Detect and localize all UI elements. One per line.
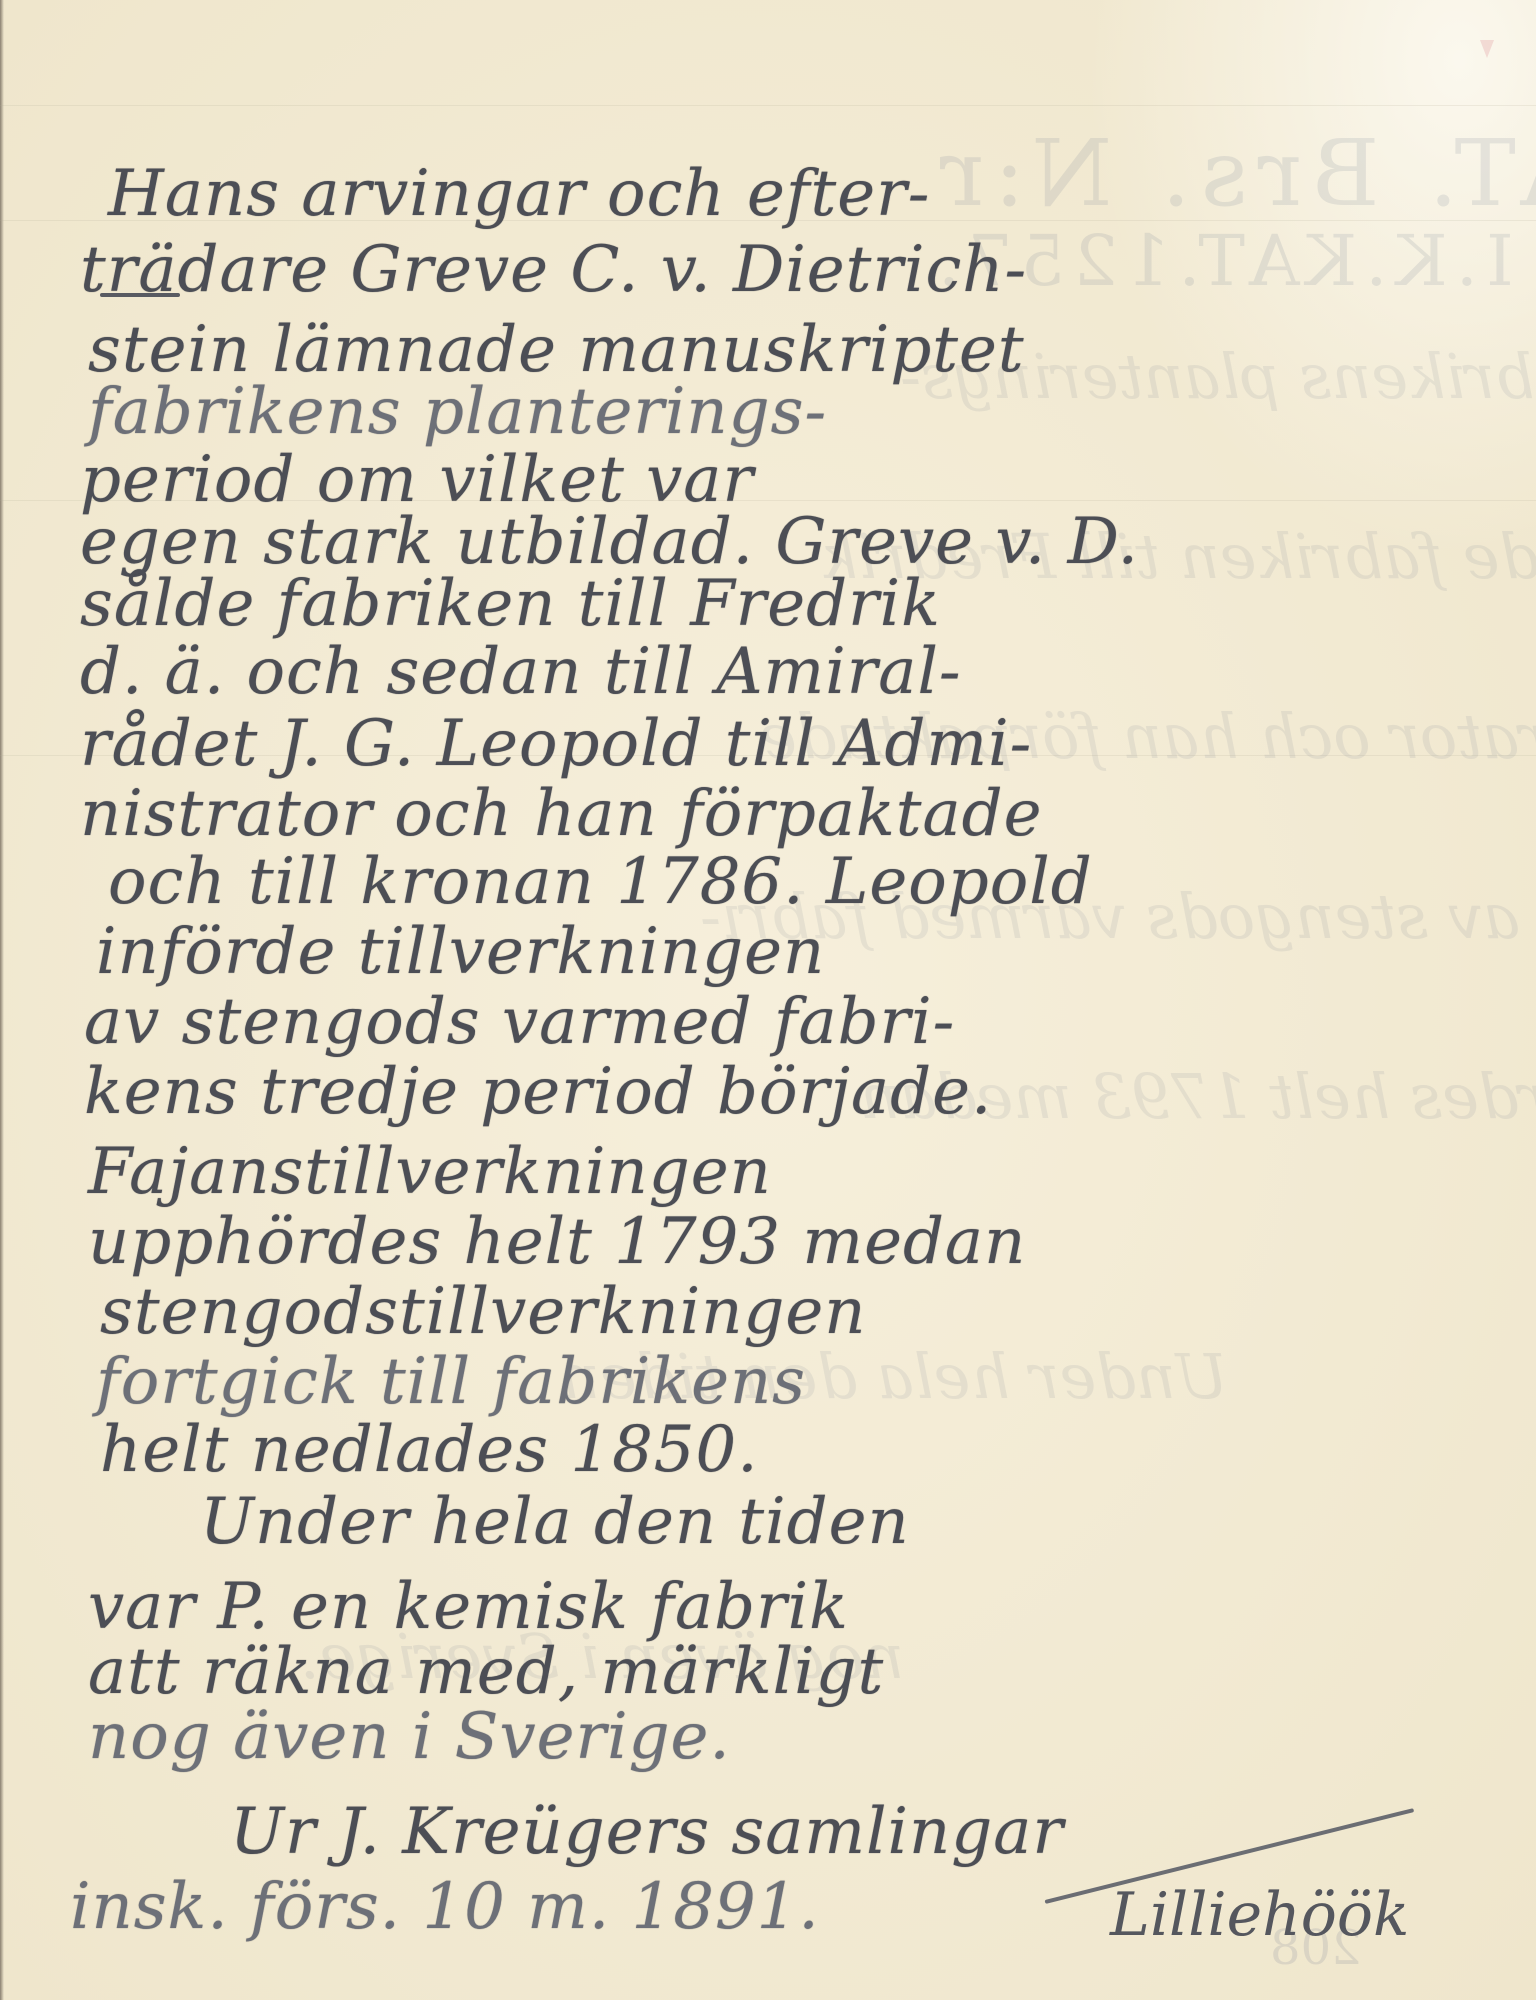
handwritten-line-3: stein lämnade manuskriptet [88,318,1025,382]
pink-ink-mark [1480,40,1494,58]
handwritten-line-17: stengodstillverkningen [100,1280,866,1344]
handwritten-line-22: att räkna med, märkligt [88,1640,884,1704]
manuscript-page: I KAT. Brs. N:r I.K.KAT.1257. fabrikens … [0,0,1536,2000]
handwritten-line-4: fabrikens planterings- [88,380,827,444]
handwritten-line-25: insk. förs. 10 m. 1891. [70,1875,820,1939]
handwritten-line-18: fortgick till fabrikens [96,1350,806,1414]
handwritten-line-14: kens tredje period började. [84,1060,992,1124]
handwritten-line-7: sålde fabriken till Fredrik [80,572,941,636]
paper-rule [0,105,1536,106]
handwritten-line-13: av stengods varmed fabri- [84,990,955,1054]
handwritten-line-16: upphördes helt 1793 medan [88,1210,1026,1274]
handwritten-line-19: helt nedlades 1850. [100,1418,759,1482]
paper-left-edge [0,0,4,2000]
handwritten-line-12: införde tillverkningen [96,920,825,984]
signature: Lilliehöök [1110,1880,1409,1950]
handwritten-line-24: Ur J. Kreügers samlingar [230,1800,1064,1864]
handwritten-line-5: period om vilket var [80,448,754,512]
handwritten-line-8: d. ä. och sedan till Amiral- [80,640,962,704]
handwritten-line-10: nistrator och han förpaktade [80,782,1043,846]
handwritten-line-2: trädare Greve C. v. Dietrich- [80,238,1027,302]
handwritten-line-9: rådet J. G. Leopold till Admi- [80,712,1032,776]
bleed-through-letterhead: I KAT. Brs. N:r [930,120,1536,227]
handwritten-line-23: nog även i Sverige. [88,1705,731,1769]
handwritten-line-21: var P. en kemisk fabrik [88,1575,849,1639]
handwritten-line-6: egen stark utbildad. Greve v. D. [80,510,1139,574]
handwritten-line-15: Fajanstillverkningen [88,1140,772,1204]
handwritten-line-1: Hans arvingar och efter- [108,162,930,226]
handwritten-line-11: och till kronan 1786. Leopold [108,850,1093,914]
handwritten-line-20: Under hela den tiden [200,1490,910,1554]
